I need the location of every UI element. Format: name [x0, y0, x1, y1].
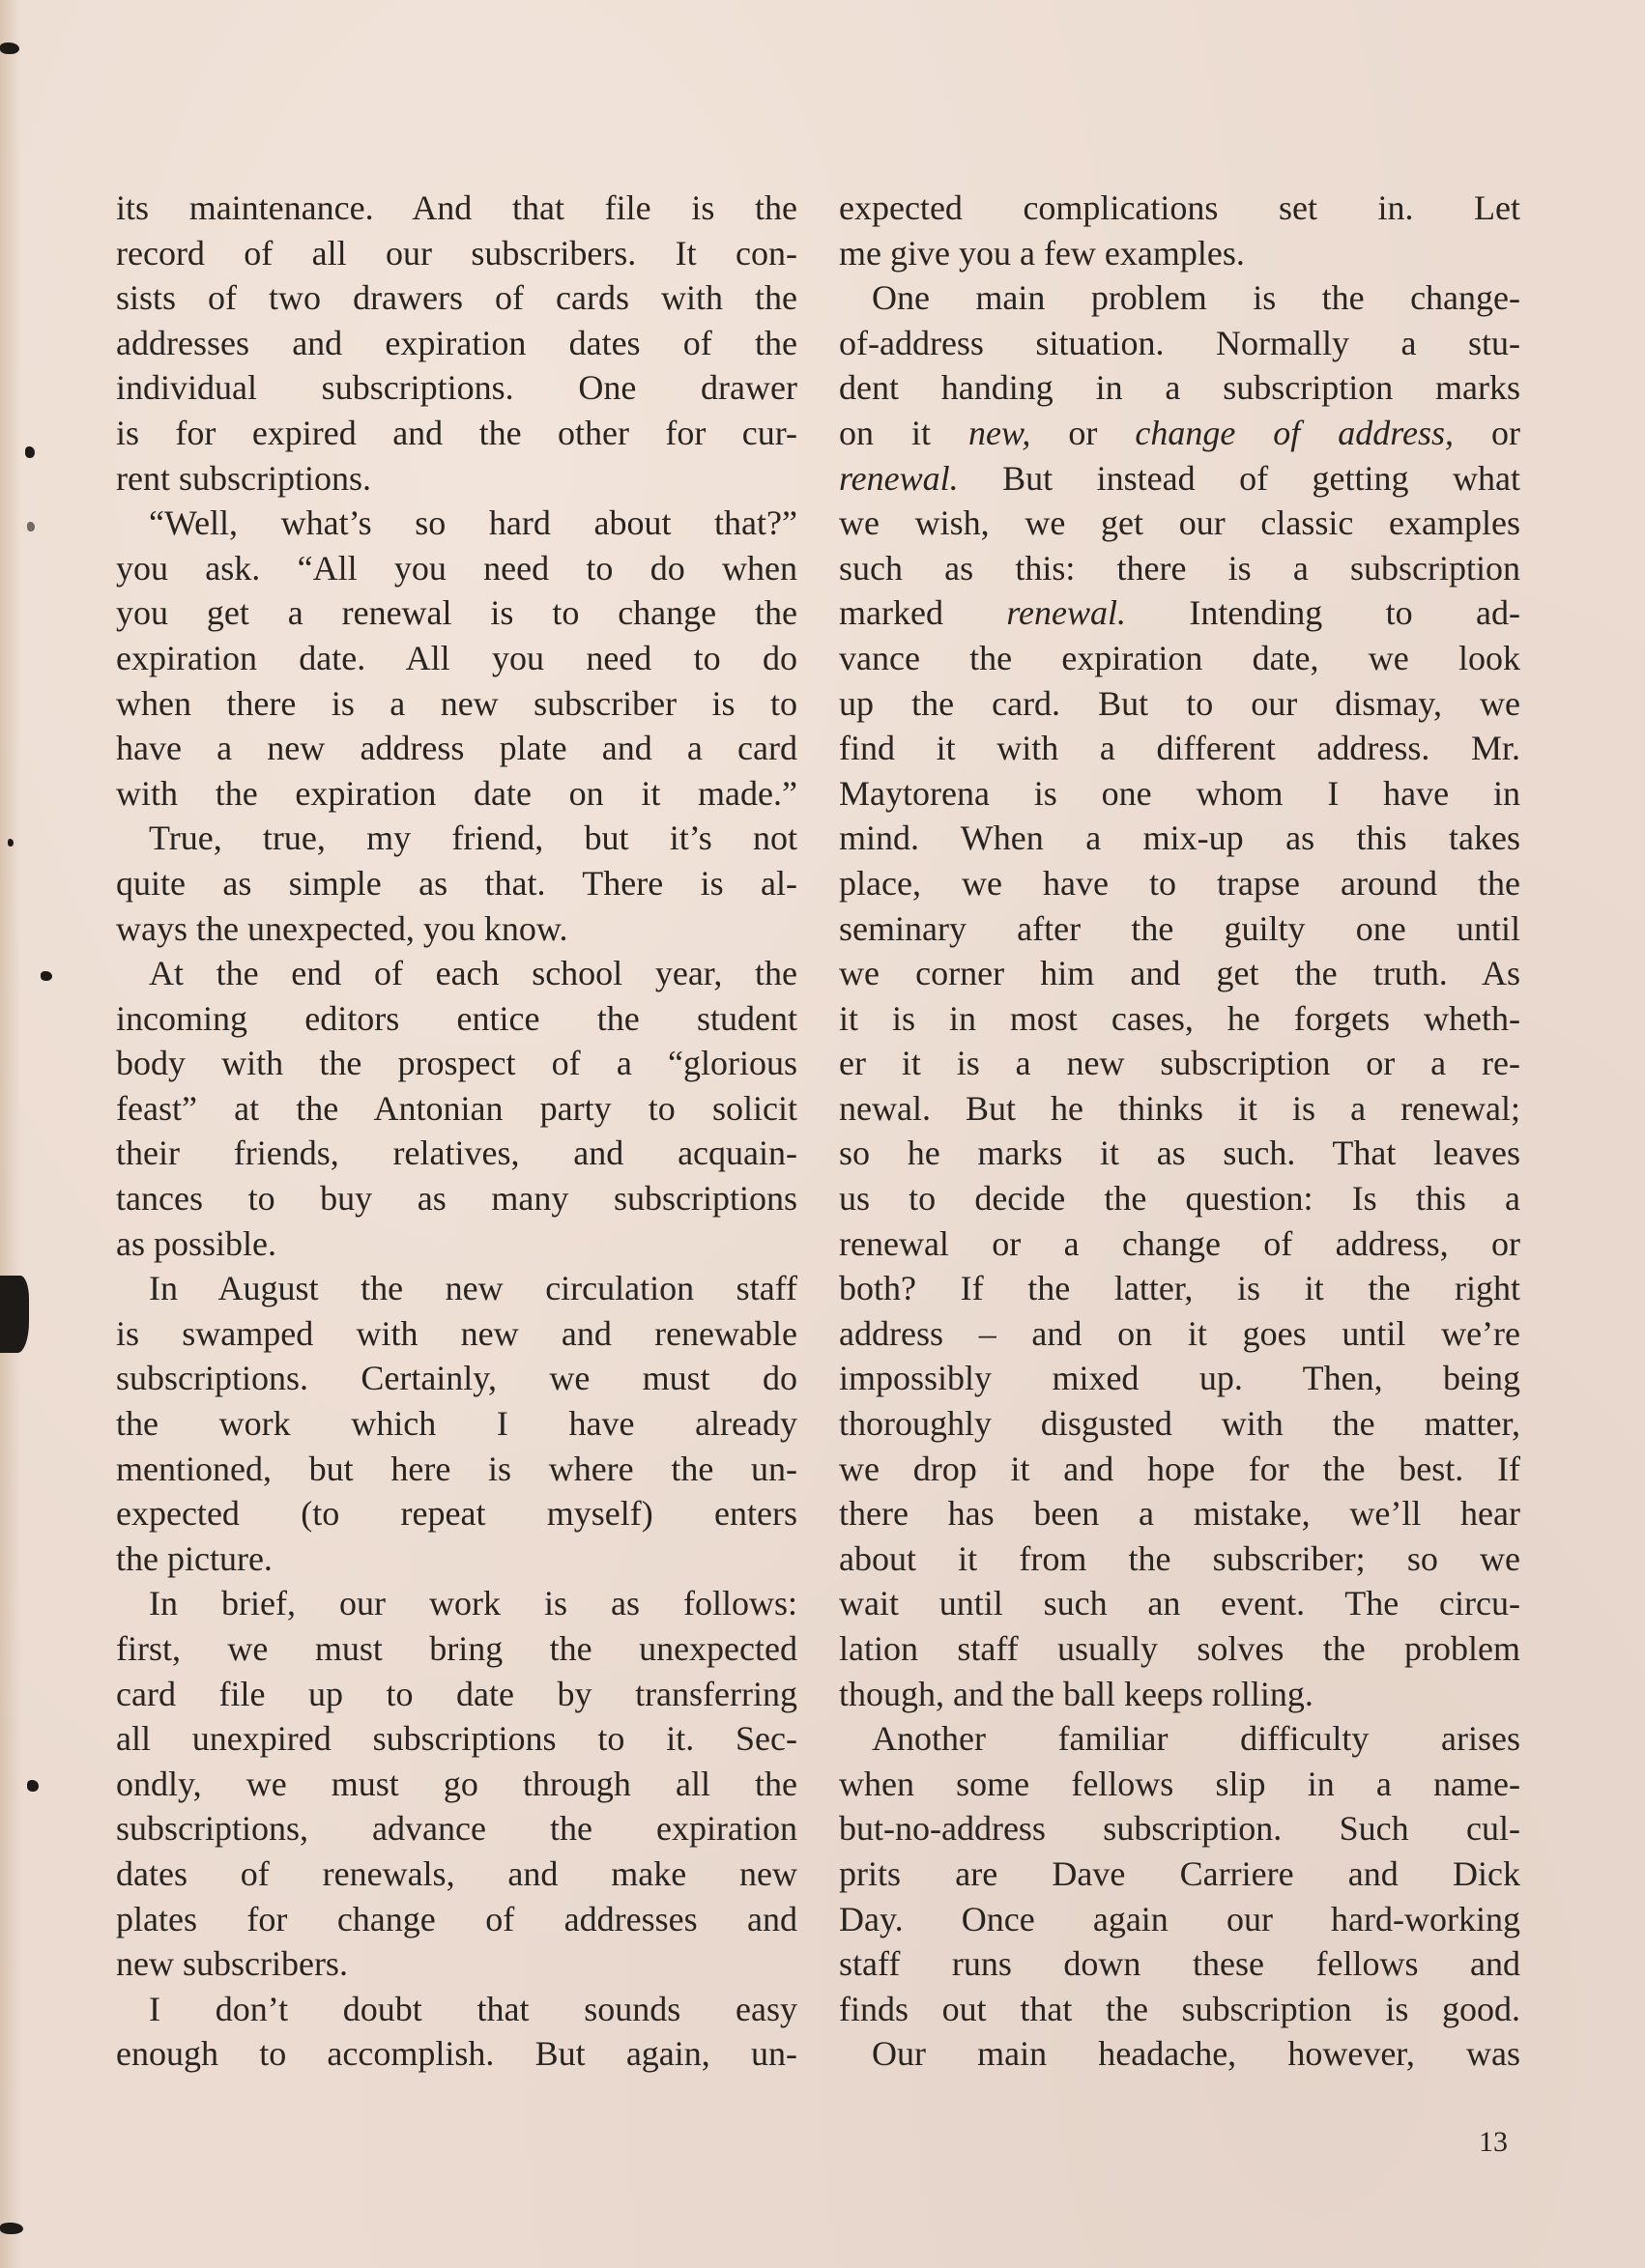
text-line: new subscribers.	[116, 1941, 797, 1987]
text-line: Our main headache, however, was	[839, 2031, 1520, 2077]
text-line: lation staff usually solves the problem	[839, 1626, 1520, 1672]
text-line: you get a renewal is to change the	[116, 590, 797, 636]
binding-speck	[0, 1276, 29, 1353]
left-text-column: its maintenance. And that file is therec…	[116, 186, 797, 2077]
text-line: first, we must bring the unexpected	[116, 1626, 797, 1672]
binding-speck	[41, 971, 52, 981]
text-line: ondly, we must go through all the	[116, 1762, 797, 1807]
page-edge-shadow	[0, 0, 21, 2268]
text-line: expected complications set in. Let	[839, 186, 1520, 231]
text-segment: on it	[839, 414, 968, 452]
text-line: all unexpired subscriptions to it. Sec-	[116, 1716, 797, 1762]
text-line: ways the unexpected, you know.	[116, 906, 797, 952]
text-line: finds out that the subscription is good.	[839, 1987, 1520, 2032]
text-line: subscriptions. Certainly, we must do	[116, 1356, 797, 1401]
text-line: impossibly mixed up. Then, being	[839, 1356, 1520, 1401]
text-line: renewal or a change of address, or	[839, 1221, 1520, 1267]
text-line: you ask. “All you need to do when	[116, 546, 797, 591]
text-line: mind. When a mix-up as this takes	[839, 816, 1520, 861]
text-line: plates for change of addresses and	[116, 1897, 797, 1942]
text-line: True, true, my friend, but it’s not	[116, 816, 797, 861]
text-line: addresses and expiration dates of the	[116, 321, 797, 366]
text-line: vance the expiration date, we look	[839, 636, 1520, 681]
italic-term: change of address,	[1135, 414, 1454, 452]
text-line: subscriptions, advance the expiration	[116, 1806, 797, 1852]
text-line: “Well, what’s so hard about that?”	[116, 501, 797, 546]
text-line: on it new, or change of address, or	[839, 411, 1520, 456]
text-line: expiration date. All you need to do	[116, 636, 797, 681]
text-line: have a new address plate and a card	[116, 726, 797, 771]
italic-term: new,	[968, 414, 1030, 452]
text-line: rent subscriptions.	[116, 456, 797, 502]
text-line: us to decide the question: Is this a	[839, 1176, 1520, 1221]
text-line: incoming editors entice the student	[116, 996, 797, 1042]
italic-term: renewal.	[1006, 593, 1126, 632]
text-line: In brief, our work is as follows:	[116, 1581, 797, 1626]
text-line: thoroughly disgusted with the matter,	[839, 1401, 1520, 1447]
text-segment: or	[1454, 414, 1520, 452]
text-line: it is in most cases, he forgets wheth-	[839, 996, 1520, 1042]
text-line: the work which I have already	[116, 1401, 797, 1447]
text-line: tances to buy as many subscriptions	[116, 1176, 797, 1221]
text-line: In August the new circulation staff	[116, 1266, 797, 1311]
text-line: body with the prospect of a “glorious	[116, 1041, 797, 1086]
text-line: feast” at the Antonian party to solicit	[116, 1086, 797, 1132]
text-line: when some fellows slip in a name-	[839, 1762, 1520, 1807]
text-segment: Intending to ad-	[1126, 593, 1520, 632]
text-line: mentioned, but here is where the un-	[116, 1447, 797, 1492]
text-line: staff runs down these fellows and	[839, 1941, 1520, 1987]
binding-speck	[0, 2223, 23, 2234]
text-line: dent handing in a subscription marks	[839, 365, 1520, 411]
text-line: Another familiar difficulty arises	[839, 1716, 1520, 1762]
text-line: enough to accomplish. But again, un-	[116, 2031, 797, 2077]
text-line: sists of two drawers of cards with the	[116, 275, 797, 321]
text-segment: or	[1030, 414, 1135, 452]
text-line: is for expired and the other for cur-	[116, 411, 797, 456]
text-line: the picture.	[116, 1536, 797, 1582]
binding-speck	[0, 43, 19, 54]
text-line: individual subscriptions. One drawer	[116, 365, 797, 411]
magazine-page: its maintenance. And that file is therec…	[0, 0, 1645, 2268]
text-line: when there is a new subscriber is to	[116, 681, 797, 727]
text-line: with the expiration date on it made.”	[116, 771, 797, 817]
text-segment: But instead of getting what	[959, 459, 1520, 498]
text-line: prits are Dave Carriere and Dick	[839, 1852, 1520, 1897]
text-line: expected (to repeat myself) enters	[116, 1491, 797, 1536]
text-line: Maytorena is one whom I have in	[839, 771, 1520, 817]
text-line: such as this: there is a subscription	[839, 546, 1520, 591]
text-line: as possible.	[116, 1221, 797, 1267]
text-line: seminary after the guilty one until	[839, 906, 1520, 952]
text-line: there has been a mistake, we’ll hear	[839, 1491, 1520, 1536]
text-line: er it is a new subscription or a re-	[839, 1041, 1520, 1086]
text-line: place, we have to trapse around the	[839, 861, 1520, 906]
text-segment: marked	[839, 593, 1006, 632]
text-line: renewal. But instead of getting what	[839, 456, 1520, 502]
text-line: find it with a different address. Mr.	[839, 726, 1520, 771]
page-number: 13	[1469, 2126, 1508, 2159]
text-line: its maintenance. And that file is the	[116, 186, 797, 231]
text-line: Day. Once again our hard-working	[839, 1897, 1520, 1942]
text-line: about it from the subscriber; so we	[839, 1536, 1520, 1582]
italic-term: renewal.	[839, 459, 959, 498]
text-line: their friends, relatives, and acquain-	[116, 1131, 797, 1176]
right-text-column: expected complications set in. Letme giv…	[839, 186, 1520, 2077]
text-line: record of all our subscribers. It con-	[116, 231, 797, 276]
text-line: newal. But he thinks it is a renewal;	[839, 1086, 1520, 1132]
text-line: both? If the latter, is it the right	[839, 1266, 1520, 1311]
text-line: we wish, we get our classic examples	[839, 501, 1520, 546]
text-line: marked renewal. Intending to ad-	[839, 590, 1520, 636]
text-line: up the card. But to our dismay, we	[839, 681, 1520, 727]
text-line: so he marks it as such. That leaves	[839, 1131, 1520, 1176]
text-line: is swamped with new and renewable	[116, 1311, 797, 1357]
text-line: At the end of each school year, the	[116, 951, 797, 996]
text-line: of-address situation. Normally a stu-	[839, 321, 1520, 366]
text-line: we drop it and hope for the best. If	[839, 1447, 1520, 1492]
text-line: I don’t doubt that sounds easy	[116, 1987, 797, 2032]
text-line: quite as simple as that. There is al-	[116, 861, 797, 906]
text-line: but-no-address subscription. Such cul-	[839, 1806, 1520, 1852]
text-line: card file up to date by transferring	[116, 1672, 797, 1717]
text-line: One main problem is the change-	[839, 275, 1520, 321]
text-line: me give you a few examples.	[839, 231, 1520, 276]
text-line: we corner him and get the truth. As	[839, 951, 1520, 996]
binding-speck	[25, 446, 35, 458]
binding-speck	[8, 839, 14, 847]
binding-speck	[27, 1780, 39, 1792]
binding-speck	[27, 522, 35, 531]
text-line: address – and on it goes until we’re	[839, 1311, 1520, 1357]
text-line: though, and the ball keeps rolling.	[839, 1672, 1520, 1717]
text-line: wait until such an event. The circu-	[839, 1581, 1520, 1626]
text-line: dates of renewals, and make new	[116, 1852, 797, 1897]
